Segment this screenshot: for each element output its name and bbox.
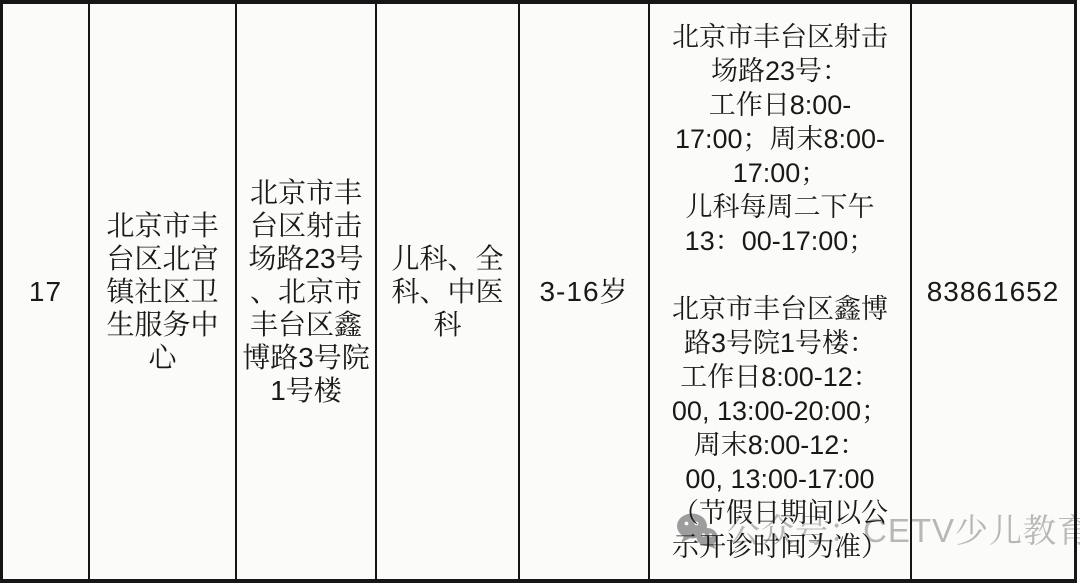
text-line: 17:00；周末8:00-: [672, 122, 888, 156]
cell-address: 北京市丰台区射击场路23号、北京市丰台区鑫博路3号院1号楼: [237, 4, 377, 579]
text-line: 、北京市: [242, 275, 370, 308]
text-line: 儿科每周二下午: [672, 190, 888, 224]
cell-institution-name: 北京市丰台区北宫镇社区卫生服务中心: [90, 4, 237, 579]
scanned-table-page: 17 北京市丰台区北宫镇社区卫生服务中心 北京市丰台区射击场路23号、北京市丰台…: [0, 0, 1080, 583]
text-line: 00, 13:00-20:00；: [672, 394, 888, 428]
text-line: 17:00；: [672, 156, 888, 190]
text-line: 工作日8:00-12：: [672, 360, 888, 394]
text-line: 生服务中: [106, 308, 218, 341]
text-line: 北京市丰: [106, 209, 218, 242]
text-line: 儿科、全: [391, 242, 503, 275]
row-number: 17: [29, 275, 62, 309]
schedule: 北京市丰台区射击场路23号：工作日8:00-17:00；周末8:00-17:00…: [672, 20, 888, 564]
text-line: 镇社区卫: [106, 275, 218, 308]
hospital-table-row: 17 北京市丰台区北宫镇社区卫生服务中心 北京市丰台区射击场路23号、北京市丰台…: [0, 0, 1077, 583]
text-line: 北京市丰台区鑫博: [672, 292, 888, 326]
text-line: 台区射击: [242, 209, 370, 242]
institution-name: 北京市丰台区北宫镇社区卫生服务中心: [106, 209, 218, 374]
cell-row-number: 17: [3, 4, 90, 579]
text-line: 科: [391, 308, 503, 341]
text-line: （节假日期间以公: [672, 496, 888, 530]
text-line: 科、中医: [391, 275, 503, 308]
text-line: 工作日8:00-: [672, 88, 888, 122]
text-line: 丰台区鑫: [242, 308, 370, 341]
text-line: 心: [106, 341, 218, 374]
text-line: 00, 13:00-17:00: [672, 462, 888, 496]
text-line: 场路23号：: [672, 54, 888, 88]
text-line: 北京市丰台区射击: [672, 20, 888, 54]
cell-schedule: 北京市丰台区射击场路23号：工作日8:00-17:00；周末8:00-17:00…: [650, 4, 912, 579]
cell-phone: 83861652: [912, 4, 1074, 579]
text-line: 北京市丰: [242, 176, 370, 209]
text-line: 示开诊时间为准）: [672, 530, 888, 564]
text-line: [672, 258, 888, 292]
cell-age-range: 3-16岁: [520, 4, 650, 579]
institution-address: 北京市丰台区射击场路23号、北京市丰台区鑫博路3号院1号楼: [242, 176, 370, 407]
text-line: 周末8:00-12：: [672, 428, 888, 462]
cell-departments: 儿科、全科、中医科: [377, 4, 520, 579]
text-line: 路3号院1号楼：: [672, 326, 888, 360]
text-line: 1号楼: [242, 374, 370, 407]
text-line: 13：00-17:00；: [672, 224, 888, 258]
text-line: 台区北宫: [106, 242, 218, 275]
age-range: 3-16岁: [539, 275, 628, 309]
phone-number: 83861652: [927, 275, 1060, 309]
text-line: 博路3号院: [242, 341, 370, 374]
text-line: 场路23号: [242, 242, 370, 275]
departments: 儿科、全科、中医科: [391, 242, 503, 341]
